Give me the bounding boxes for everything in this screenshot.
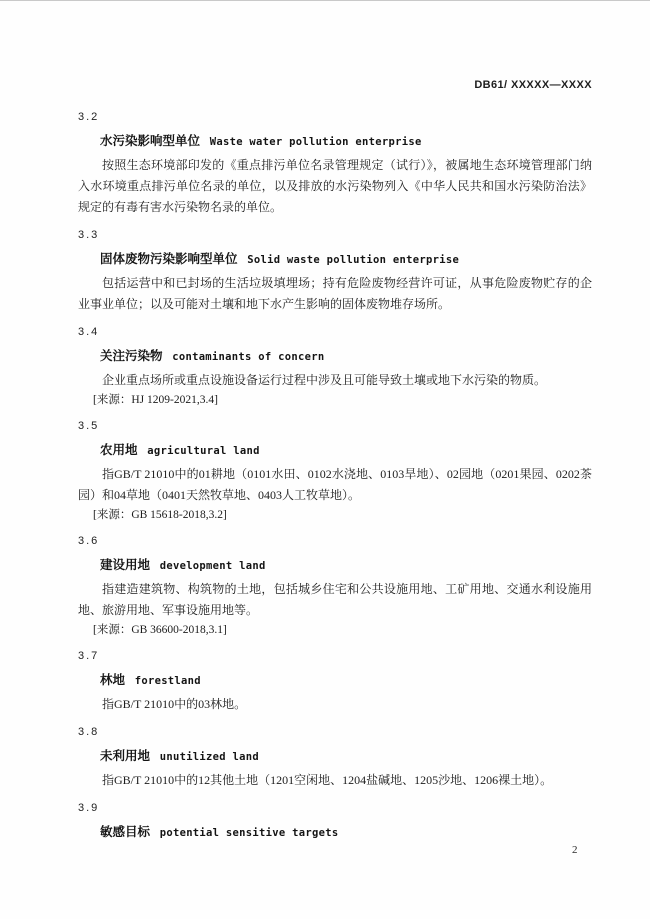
clause-3-2: 3.2 水污染影响型单位 Waste water pollution enter… — [78, 110, 592, 218]
clause-number: 3.7 — [78, 649, 592, 664]
term-heading: 建设用地 development land — [100, 556, 592, 574]
term-heading: 林地 forestland — [100, 671, 592, 689]
term-english: Waste water pollution enterprise — [210, 136, 422, 148]
term-english: development land — [160, 560, 266, 572]
standard-number-header: DB61/ XXXXX—XXXX — [78, 78, 592, 93]
term-chinese: 建设用地 — [100, 558, 150, 572]
definition-paragraph: 指GB/T 21010中的03林地。 — [78, 694, 592, 715]
term-chinese: 敏感目标 — [100, 825, 150, 839]
term-english: contaminants of concern — [172, 351, 324, 363]
term-english: forestland — [135, 675, 201, 687]
clause-number: 3.5 — [78, 419, 592, 434]
clause-number: 3.4 — [78, 325, 592, 340]
page-number: 2 — [572, 844, 578, 856]
source-reference: [来源：GB 36600-2018,3.1] — [93, 621, 592, 639]
clause-3-9: 3.9 敏感目标 potential sensitive targets — [78, 801, 592, 841]
term-chinese: 水污染影响型单位 — [100, 134, 200, 148]
definition-paragraph: 指GB/T 21010中的01耕地（0101水田、0102水浇地、0103旱地）… — [78, 464, 592, 506]
term-chinese: 林地 — [100, 673, 125, 687]
source-reference: [来源：GB 15618-2018,3.2] — [93, 506, 592, 524]
definition-paragraph: 按照生态环境部印发的《重点排污单位名录管理规定（试行）》，被属地生态环境管理部门… — [78, 155, 592, 218]
term-chinese: 未利用地 — [100, 749, 150, 763]
clause-number: 3.8 — [78, 725, 592, 740]
definition-paragraph: 包括运营中和已封场的生活垃圾填埋场；持有危险废物经营许可证，从事危险废物贮存的企… — [78, 273, 592, 315]
clause-3-6: 3.6 建设用地 development land 指建造建筑物、构筑物的土地，… — [78, 534, 592, 639]
clause-number: 3.9 — [78, 801, 592, 816]
definition-paragraph: 指GB/T 21010中的12其他土地（1201空闲地、1204盐碱地、1205… — [78, 770, 592, 791]
term-heading: 未利用地 unutilized land — [100, 747, 592, 765]
clause-3-3: 3.3 固体废物污染影响型单位 Solid waste pollution en… — [78, 228, 592, 315]
term-heading: 敏感目标 potential sensitive targets — [100, 823, 592, 841]
term-chinese: 农用地 — [100, 443, 138, 457]
term-english: unutilized land — [160, 751, 259, 763]
term-chinese: 关注污染物 — [100, 349, 163, 363]
clause-number: 3.6 — [78, 534, 592, 549]
clause-number: 3.2 — [78, 110, 592, 125]
clause-3-5: 3.5 农用地 agricultural land 指GB/T 21010中的0… — [78, 419, 592, 524]
page-content: DB61/ XXXXX—XXXX 3.2 水污染影响型单位 Waste wate… — [0, 1, 650, 841]
term-heading: 农用地 agricultural land — [100, 441, 592, 459]
source-reference: [来源：HJ 1209-2021,3.4] — [93, 391, 592, 409]
clause-3-7: 3.7 林地 forestland 指GB/T 21010中的03林地。 — [78, 649, 592, 715]
term-english: Solid waste pollution enterprise — [247, 254, 459, 266]
term-heading: 关注污染物 contaminants of concern — [100, 347, 592, 365]
definition-paragraph: 指建造建筑物、构筑物的土地，包括城乡住宅和公共设施用地、工矿用地、交通水利设施用… — [78, 579, 592, 621]
term-heading: 固体废物污染影响型单位 Solid waste pollution enterp… — [100, 250, 592, 268]
term-heading: 水污染影响型单位 Waste water pollution enterpris… — [100, 132, 592, 150]
term-english: potential sensitive targets — [160, 827, 339, 839]
document-page: DB61/ XXXXX—XXXX 3.2 水污染影响型单位 Waste wate… — [0, 0, 650, 919]
definition-paragraph: 企业重点场所或重点设施设备运行过程中涉及且可能导致土壤或地下水污染的物质。 — [78, 370, 592, 391]
clause-number: 3.3 — [78, 228, 592, 243]
clause-3-8: 3.8 未利用地 unutilized land 指GB/T 21010中的12… — [78, 725, 592, 791]
clause-3-4: 3.4 关注污染物 contaminants of concern 企业重点场所… — [78, 325, 592, 409]
term-english: agricultural land — [147, 445, 260, 457]
term-chinese: 固体废物污染影响型单位 — [100, 252, 238, 266]
